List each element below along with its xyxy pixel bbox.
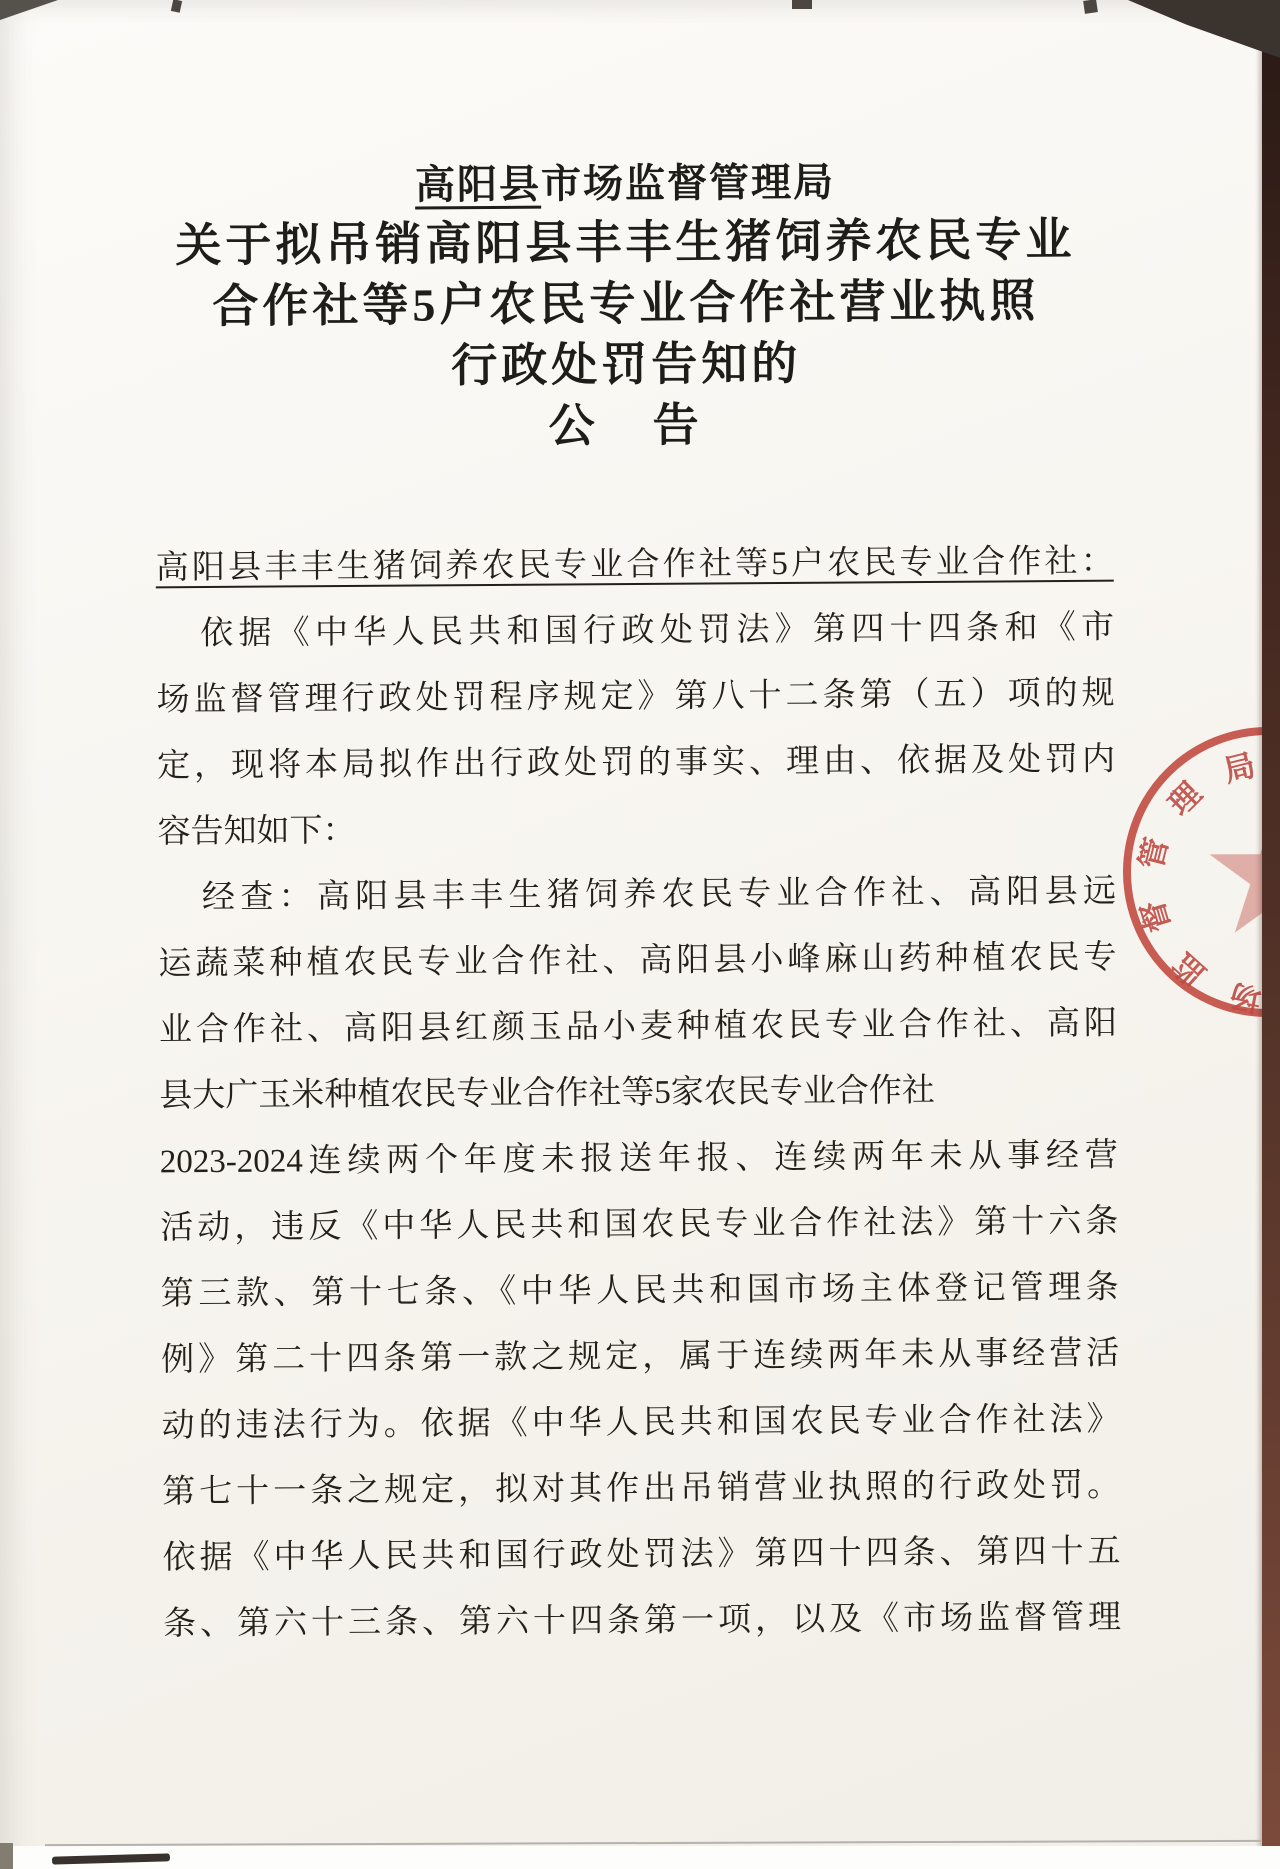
body-line-14: 动的违法行为。依据《中华人民共和国农民专业合作社法》 (161, 1387, 1119, 1460)
seal-char: 局 (1220, 747, 1259, 788)
title-agency-line: 高阳县市场监督管理局 (90, 152, 1160, 215)
body-line-2: 依据《中华人民共和国行政处罚法》第四十四条和《市 (156, 595, 1114, 668)
title-line-4: 行政处罚告知的 (91, 330, 1161, 398)
photo-bottom-corner-mark (0, 1843, 13, 1869)
photo-top-artifact (1083, 0, 1098, 14)
title-line-3: 合作社等5户农民专业合作社营业执照 (91, 269, 1161, 337)
photo-bottom-margin (0, 1846, 1280, 1869)
body-line-8: 业合作社、高阳县红颜玉品小麦种植农民专业合作社、高阳 (159, 991, 1117, 1064)
photo-top-artifact (792, 0, 812, 9)
body-line-17: 条、第六十三条、第六十四条第一项，以及《市场监督管理 (163, 1585, 1121, 1658)
body-text: 高阳县丰丰生猪饲养农民专业合作社等5户农民专业合作社： 依据《中华人民共和国行政… (155, 529, 1121, 1658)
body-line-5: 容告知如下： (157, 793, 1115, 866)
title-block: 高阳县市场监督管理局 关于拟吊销高阳县丰丰生猪饲养农民专业 合作社等5户农民专业… (90, 152, 1162, 460)
body-line-11: 活动，违反《中华人民共和国农民专业合作社法》第十六条 (160, 1189, 1118, 1262)
official-seal: 局 理 管 督 监 场 市 县 阳 高 (1080, 690, 1280, 1070)
body-line-15: 第七十一条之规定，拟对其作出吊销营业执照的行政处罚。 (162, 1453, 1120, 1526)
seal-char: 场 (1227, 977, 1264, 1017)
title-gonggao: 公 告 (91, 391, 1161, 460)
body-line-10: 2023-2024连续两个年度未报送年报、连续两年未从事经营 (160, 1123, 1118, 1196)
title-agency-rest: 市场监督管理局 (541, 160, 835, 207)
body-line-1: 高阳县丰丰生猪饲养农民专业合作社等5户农民专业合作社： (155, 529, 1113, 602)
body-line-13: 例》第二十四条第一款之规定，属于连续两年未从事经营活 (161, 1321, 1119, 1394)
title-line-2: 关于拟吊销高阳县丰丰生猪饲养农民专业 (90, 208, 1160, 276)
body-line-12: 第三款、第十七条、《中华人民共和国市场主体登记管理条 (161, 1255, 1119, 1328)
body-line-3: 场监督管理行政处罚程序规定》第八十二条第（五）项的规 (156, 661, 1114, 734)
seal-char: 理 (1162, 776, 1209, 823)
seal-char: 监 (1166, 946, 1212, 993)
seal-char: 督 (1134, 896, 1177, 936)
title-agency-underlined: 高阳县 (415, 162, 541, 208)
body-line-7: 运蔬菜种植农民专业合作社、高阳县小峰麻山药种植农民专 (158, 925, 1116, 998)
body-line-16: 依据《中华人民共和国行政处罚法》第四十四条、第四十五 (162, 1519, 1120, 1592)
seal-char: 管 (1133, 834, 1174, 873)
body-line-6: 经查：高阳县丰丰生猪饲养农民专业合作社、高阳县远 (158, 859, 1116, 932)
body-line-4: 定，现将本局拟作出行政处罚的事实、理由、依据及处罚内 (157, 727, 1115, 800)
photo-edge-strip (1262, 32, 1280, 1848)
body-line-9: 县大广玉米种植农民专业合作社等5家农民专业合作社 (159, 1057, 1117, 1130)
